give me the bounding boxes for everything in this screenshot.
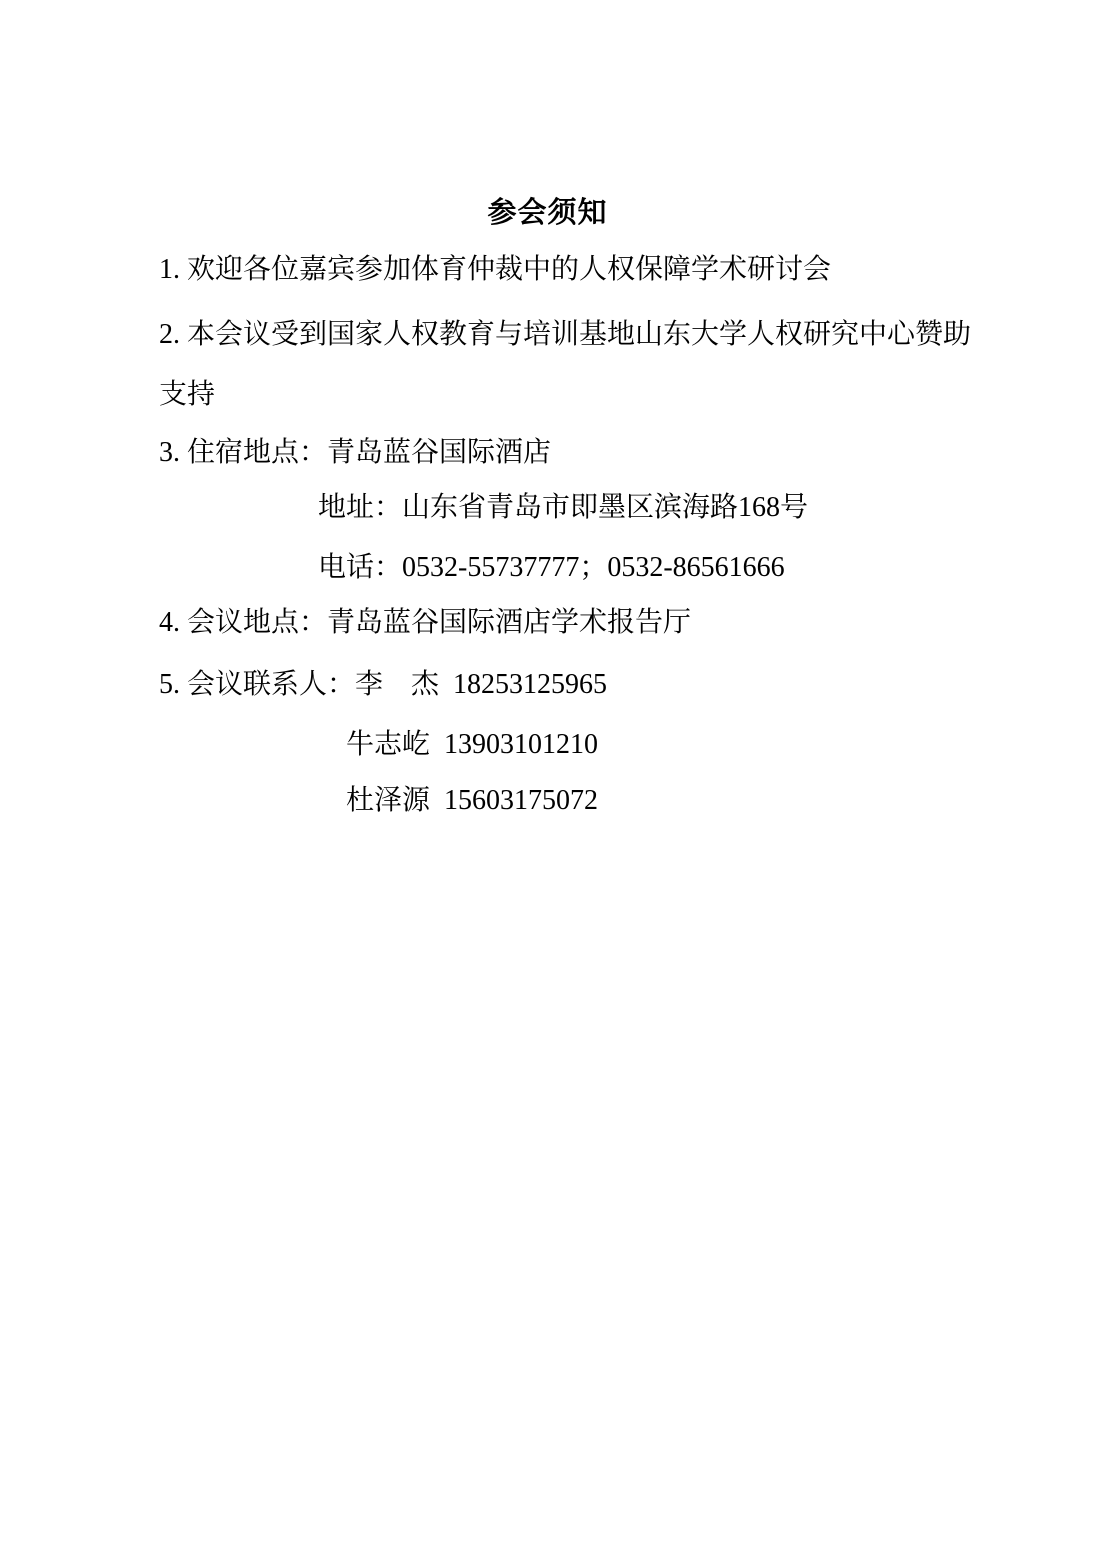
notice-item-3-hotel: 3. 住宿地点：青岛蓝谷国际酒店 — [159, 436, 551, 470]
document-page: 参会须知 1. 欢迎各位嘉宾参加体育仲裁中的人权保障学术研讨会 2. 本会议受到… — [0, 0, 1095, 1565]
notice-item-2-continuation: 支持 — [159, 378, 215, 412]
hotel-address-line: 地址：山东省青岛市即墨区滨海路168号 — [318, 491, 808, 525]
notice-item-2: 2. 本会议受到国家人权教育与培训基地山东大学人权研究中心赞助 — [159, 318, 971, 352]
page-title: 参会须知 — [0, 196, 1095, 230]
contact-2-line: 牛志屹 13903101210 — [346, 728, 598, 762]
notice-item-5-contact-1: 5. 会议联系人：李 杰 18253125965 — [159, 668, 607, 702]
notice-item-1: 1. 欢迎各位嘉宾参加体育仲裁中的人权保障学术研讨会 — [159, 253, 831, 287]
contact-3-line: 杜泽源 15603175072 — [346, 784, 598, 818]
hotel-phone-line: 电话：0532-55737777；0532-86561666 — [318, 551, 785, 585]
notice-item-4-venue: 4. 会议地点：青岛蓝谷国际酒店学术报告厅 — [159, 606, 691, 640]
